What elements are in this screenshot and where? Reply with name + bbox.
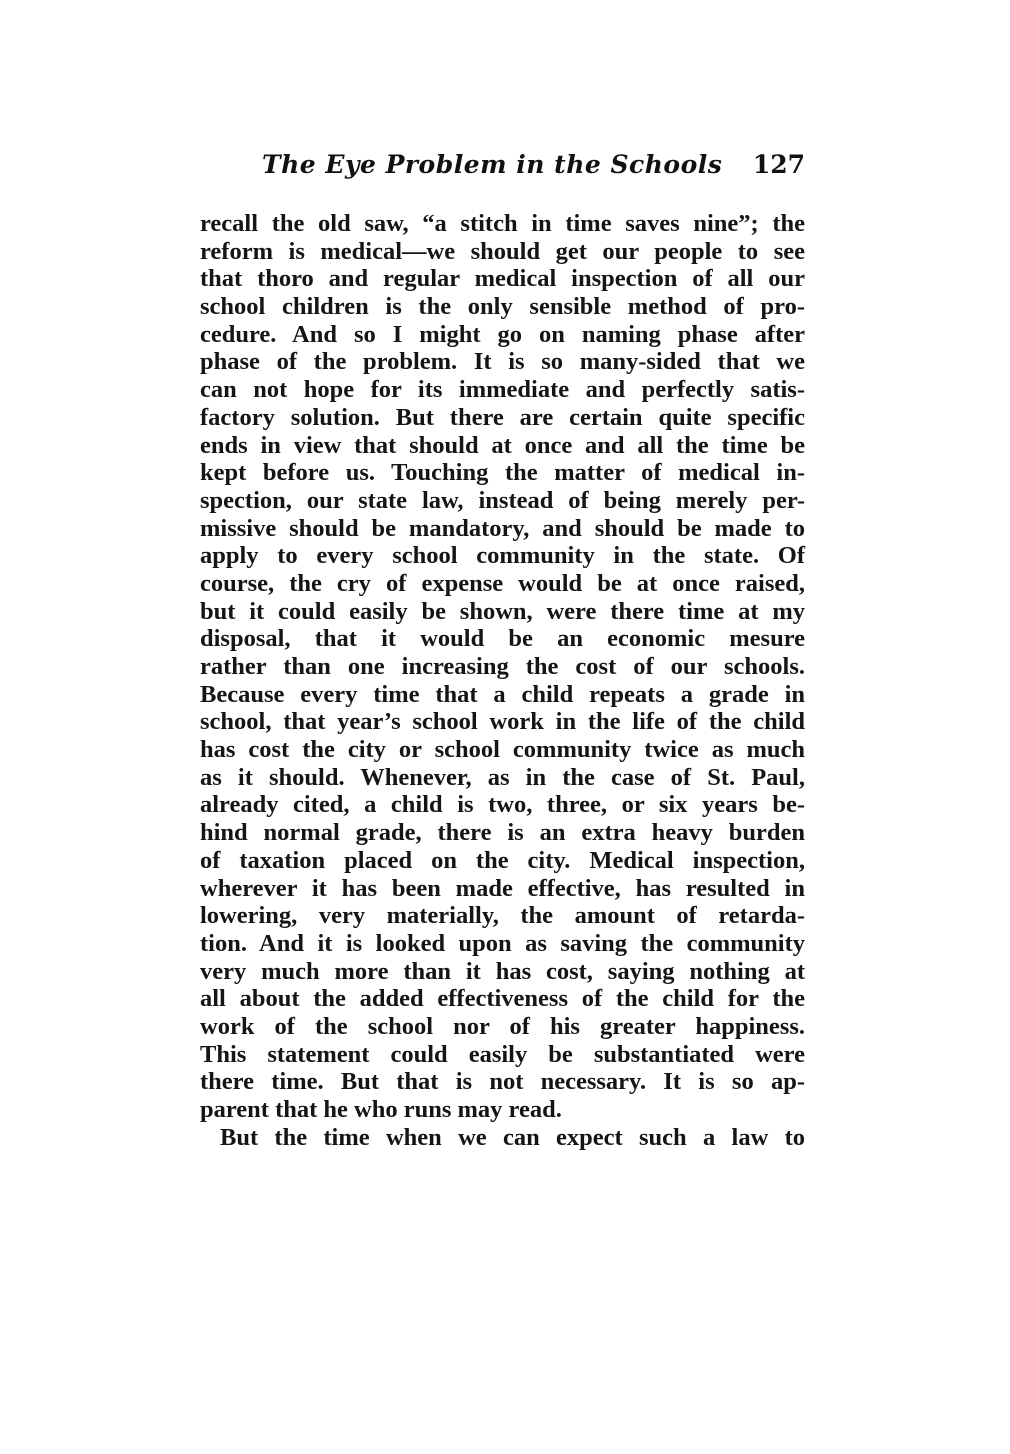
text-line: factory solution. But there are certain …	[200, 404, 805, 432]
text-line: can not hope for its immediate and perfe…	[200, 376, 805, 404]
text-line: wherever it has been made effective, has…	[200, 875, 805, 903]
text-line: there time. But that is not necessary. I…	[200, 1068, 805, 1096]
text-line: apply to every school community in the s…	[200, 542, 805, 570]
text-line: that thoro and regular medical inspectio…	[200, 265, 805, 293]
text-line: disposal, that it would be an economic m…	[200, 625, 805, 653]
text-line: course, the cry of expense would be at o…	[200, 570, 805, 598]
text-line: missive should be mandatory, and should …	[200, 515, 805, 543]
text-line: school, that year’s school work in the l…	[200, 708, 805, 736]
text-line: spection, our state law, instead of bein…	[200, 487, 805, 515]
text-line: as it should. Whenever, as in the case o…	[200, 764, 805, 792]
text-line: but it could easily be shown, were there…	[200, 598, 805, 626]
text-line: phase of the problem. It is so many-side…	[200, 348, 805, 376]
text-line: recall the old saw, “a stitch in time sa…	[200, 210, 805, 238]
body-text: recall the old saw, “a stitch in time sa…	[200, 210, 805, 1151]
text-line: kept before us. Touching the matter of m…	[200, 459, 805, 487]
text-line: school children is the only sensible met…	[200, 293, 805, 321]
text-line: all about the added effectiveness of the…	[200, 985, 805, 1013]
text-line: tion. And it is looked upon as saving th…	[200, 930, 805, 958]
text-line: has cost the city or school community tw…	[200, 736, 805, 764]
text-line: lowering, very materially, the amount of…	[200, 902, 805, 930]
text-line: Because every time that a child repeats …	[200, 681, 805, 709]
text-line: very much more than it has cost, saying …	[200, 958, 805, 986]
book-page: The Eye Problem in the Schools 127 recal…	[0, 0, 1010, 1454]
text-line: work of the school nor of his greater ha…	[200, 1013, 805, 1041]
text-line: already cited, a child is two, three, or…	[200, 791, 805, 819]
page-header: The Eye Problem in the Schools 127	[200, 150, 805, 190]
text-line: cedure. And so I might go on naming phas…	[200, 321, 805, 349]
text-line: But the time when we can expect such a l…	[200, 1124, 805, 1152]
text-line: rather than one increasing the cost of o…	[200, 653, 805, 681]
text-line: of taxation placed on the city. Medical …	[200, 847, 805, 875]
text-line: parent that he who runs may read.	[200, 1096, 805, 1124]
text-line: ends in view that should at once and all…	[200, 432, 805, 460]
running-title: The Eye Problem in the Schools	[262, 150, 722, 179]
page-number: 127	[753, 150, 805, 179]
text-line: hind normal grade, there is an extra hea…	[200, 819, 805, 847]
text-line: This statement could easily be substanti…	[200, 1041, 805, 1069]
text-line: reform is medical—we should get our peop…	[200, 238, 805, 266]
